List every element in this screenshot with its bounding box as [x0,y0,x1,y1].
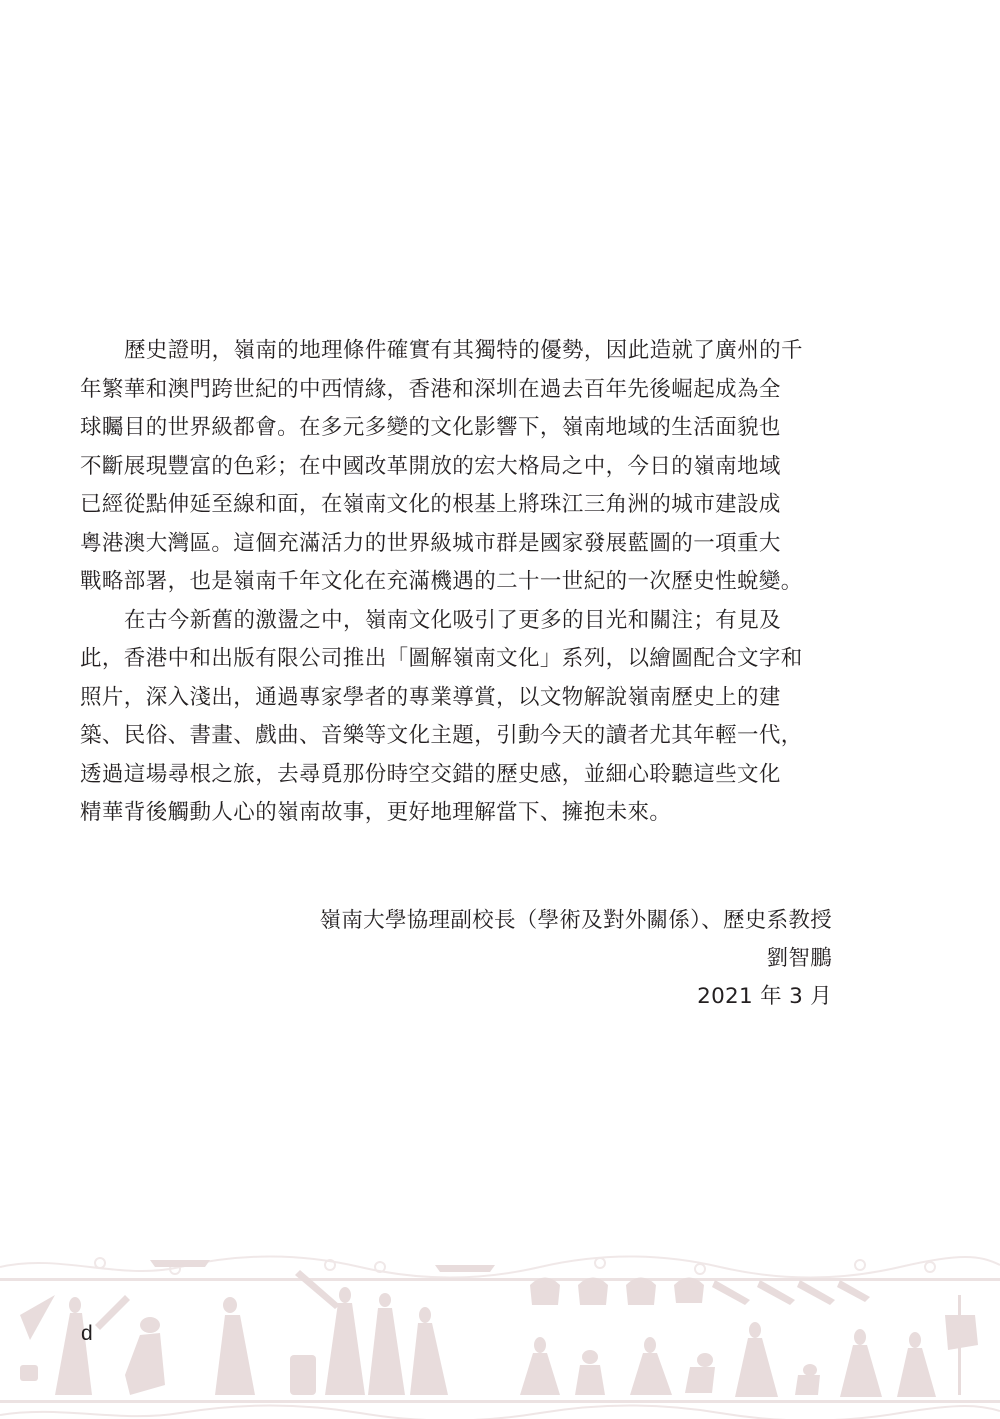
text-line: 已經從點伸延至線和面，在嶺南文化的根基上將珠江三角洲的城市建設成 [80,486,832,525]
text-line: 年繁華和澳門跨世紀的中西情緣，香港和深圳在過去百年先後崛起成為全 [80,371,832,410]
wave-border-top [0,1257,1000,1278]
text-line: 精華背後觸動人心的嶺南故事，更好地理解當下、擁抱未來。 [80,794,832,833]
preface-body: 歷史證明，嶺南的地理條件確實有其獨特的優勢，因此造就了廣州的千 年繁華和澳門跨世… [80,332,832,833]
author-title: 嶺南大學協理副校長（學術及對外關係）、歷史系教授 [320,902,832,940]
wave-border-bottom [0,1406,1000,1419]
bottom-rule [0,1400,1000,1403]
page-marker: d [81,1322,93,1346]
text-line: 球矚目的世界級都會。在多元多變的文化影響下，嶺南地域的生活面貌也 [80,409,832,448]
paragraph-1: 歷史證明，嶺南的地理條件確實有其獨特的優勢，因此造就了廣州的千 年繁華和澳門跨世… [80,332,832,602]
author-name: 劉智鵬 [320,940,832,978]
text-line: 在古今新舊的激盪之中，嶺南文化吸引了更多的目光和關注；有見及 [80,602,832,641]
text-line: 不斷展現豐富的色彩；在中國改革開放的宏大格局之中，今日的嶺南地域 [80,448,832,487]
text-line: 築、民俗、書畫、戲曲、音樂等文化主題，引動今天的讀者尤其年輕一代， [80,717,832,756]
signature-date: 2021 年 3 月 [320,978,832,1016]
text-line: 此，香港中和出版有限公司推出「圖解嶺南文化」系列，以繪圖配合文字和 [80,640,832,679]
top-rule [0,1278,1000,1281]
paragraph-2: 在古今新舊的激盪之中，嶺南文化吸引了更多的目光和關注；有見及 此，香港中和出版有… [80,602,832,833]
text-line: 透過這場尋根之旅，去尋覓那份時空交錯的歷史感，並細心聆聽這些文化 [80,756,832,795]
text-line: 戰略部署，也是嶺南千年文化在充滿機遇的二十一世紀的一次歷史性蛻變。 [80,563,832,602]
text-line: 粵港澳大灣區。這個充滿活力的世界級城市群是國家發展藍圖的一項重大 [80,525,832,564]
rock-art-frieze-decoration [0,1245,1000,1419]
signature-block: 嶺南大學協理副校長（學術及對外關係）、歷史系教授 劉智鵬 2021 年 3 月 [320,902,832,1016]
text-line: 歷史證明，嶺南的地理條件確實有其獨特的優勢，因此造就了廣州的千 [80,332,832,371]
text-line: 照片，深入淺出，通過專家學者的專業導賞，以文物解說嶺南歷史上的建 [80,679,832,718]
